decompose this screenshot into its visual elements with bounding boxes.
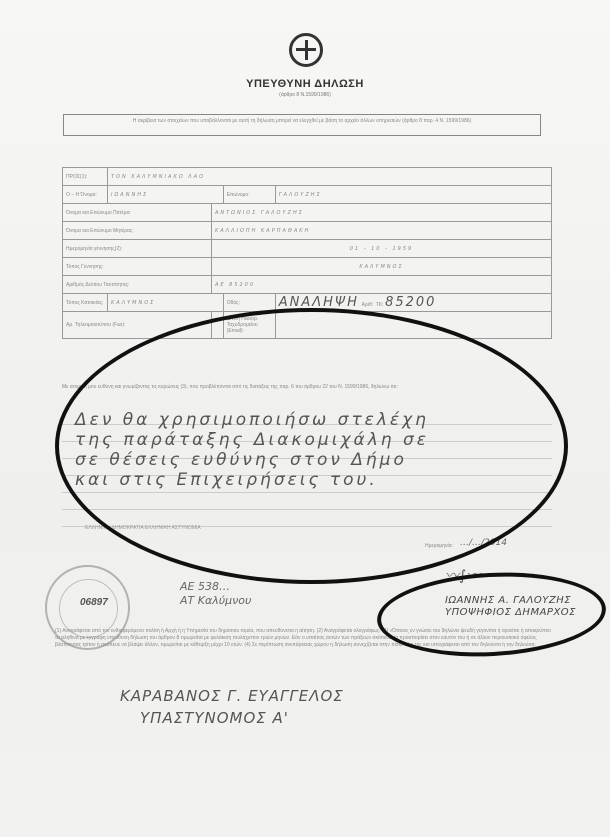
stamp-number: 06897 [80, 597, 108, 608]
mother-value: ΚΑΛΛΙΟΠΗ ΚΑΡΠΑΘΑΚΗ [211, 222, 551, 240]
birthplace-label: Τόπος Γέννησης: [63, 258, 212, 276]
postcode-label: ΤΚ: [376, 302, 384, 308]
declaration-document: ΥΠΕΥΘΥΝΗ ΔΗΛΩΣΗ (άρθρο 8 Ν.1599/1986) Η … [0, 0, 610, 837]
surname-value: ΓΑΛΟΥΖΗΣ [275, 186, 551, 204]
dob-label: Ημερομηνία γέννησης(2): [63, 240, 212, 258]
officer-signature: ΚΑΡΑΒΑΝΟΣ Γ. ΕΥΑΓΓΕΛΟΣ ΥΠΑΣΤΥΝΟΜΟΣ Α' [120, 685, 344, 729]
surname-label: Επώνυμο: [223, 186, 275, 204]
father-label: Όνομα και Επώνυμο Πατέρα: [63, 204, 212, 222]
document-subtitle: (άρθρο 8 Ν.1599/1986) [0, 92, 610, 98]
recipient-value: ΤΟΝ ΚΑΛΥΜΝΙΑΚΟ ΛΑΟ [108, 168, 552, 186]
id-verification-line: ΑΕ 538… [180, 580, 251, 594]
signature-highlight-oval [375, 567, 608, 662]
id-verification-line: ΑΤ Καλύμνου [180, 594, 251, 608]
mother-label: Όνομα και Επώνυμο Μητέρας: [63, 222, 212, 240]
street-label: Οδός: [223, 294, 275, 312]
verification-notice: Η ακρίβεια των στοιχείων που υποβάλλοντα… [63, 114, 541, 136]
birthplace-value: ΚΑΛΥΜΝΟΣ [211, 258, 551, 276]
dob-value: 01 - 10 - 1959 [211, 240, 551, 258]
document-title: ΥΠΕΥΘΥΝΗ ΔΗΛΩΣΗ [0, 78, 610, 90]
residence-label: Τόπος Κατοικίας: [63, 294, 108, 312]
number-label: Αριθ: [362, 302, 373, 308]
id-verification-handwritten: ΑΕ 538… ΑΤ Καλύμνου [180, 580, 251, 608]
id-number-value: ΑΕ 85200 [211, 276, 551, 294]
first-name-value: ΙΩΑΝΝΗΣ [108, 186, 224, 204]
greek-coat-of-arms-icon [289, 33, 323, 67]
id-number-label: Αριθμός Δελτίου Ταυτότητας: [63, 276, 212, 294]
father-value: ΑΝΤΩΝΙΟΣ ΓΑΛΟΥΖΗΣ [211, 204, 551, 222]
statement-highlight-oval [55, 308, 568, 584]
officer-name: ΚΑΡΑΒΑΝΟΣ Γ. ΕΥΑΓΓΕΛΟΣ [120, 685, 344, 707]
first-name-label: Ο – Η Όνομα: [63, 186, 108, 204]
postcode-value: 85200 [385, 295, 436, 310]
officer-rank: ΥΠΑΣΤΥΝΟΜΟΣ Α' [120, 707, 344, 729]
recipient-label: ΠΡΟΣ(1): [63, 168, 108, 186]
residence-value: ΚΑΛΥΜΝΟΣ [108, 294, 224, 312]
